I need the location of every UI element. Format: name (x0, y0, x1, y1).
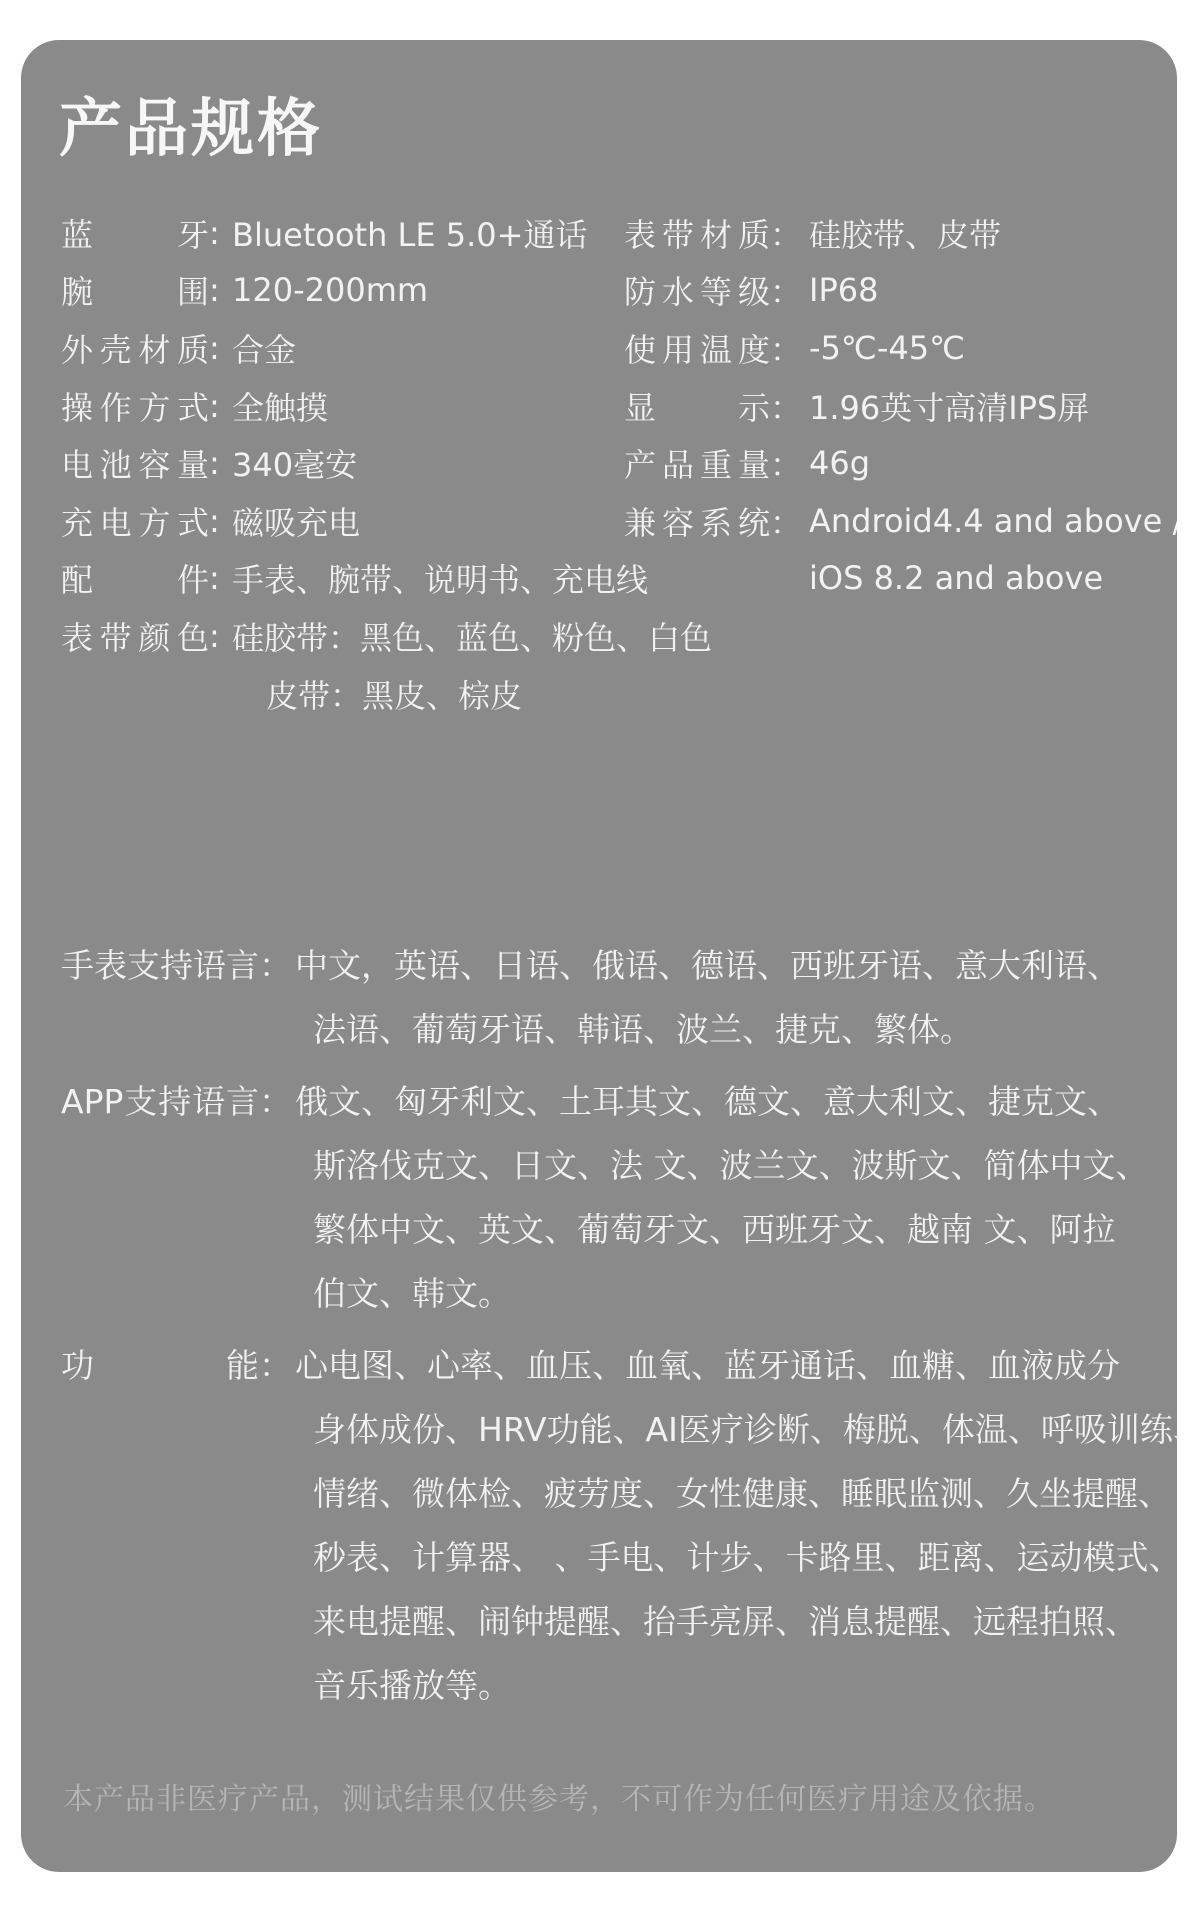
section-colon: ： (259, 1334, 295, 1718)
spec-label: 使用温度 (624, 325, 770, 371)
spec-colon: : (209, 271, 229, 309)
spec-colon: : (209, 214, 229, 252)
spec-row: iOS 8.2 and above (624, 550, 1159, 608)
spec-value: 全触摸 (232, 383, 328, 429)
spec-colon: : (209, 444, 229, 482)
spec-colon: ： (770, 440, 806, 486)
spec-row: 皮带：黑皮、棕皮 (61, 665, 624, 723)
spec-value: 1.96英寸高清IPS屏 (809, 383, 1089, 429)
section: 手表支持语言：中文，英语、日语、俄语、德语、西班牙语、意大利语、法语、葡萄牙语、… (61, 934, 1159, 1062)
spec-value: IP68 (809, 271, 878, 309)
spec-row: 表带颜色:硅胶带：黑色、蓝色、粉色、白色 (61, 607, 624, 665)
spec-row: 使用温度：-5℃-45℃ (624, 319, 1159, 377)
spec-colon: : (209, 617, 229, 655)
section-label: APP支持语言 (61, 1070, 259, 1326)
spec-row: 产品重量：46g (624, 434, 1159, 492)
spec-row: 电池容量:340毫安 (61, 434, 624, 492)
spec-colon: : (209, 502, 229, 540)
spec-colon: ： (770, 325, 806, 371)
section-label: 手表支持语言 (61, 934, 259, 1062)
spec-value: 硅胶带、皮带 (809, 210, 1001, 256)
section-line: 情绪、微体检、疲劳度、女性健康、睡眠监测、久坐提醒、 (295, 1462, 1159, 1526)
spec-column-right: 表带材质：硅胶带、皮带防水等级：IP68使用温度：-5℃-45℃显示：1.96英… (624, 204, 1159, 722)
section-line: 音乐播放等。 (295, 1654, 1159, 1718)
spec-value: 磁吸充电 (232, 498, 360, 544)
spec-colon: ： (770, 210, 806, 256)
spec-label: 表带材质 (624, 210, 770, 256)
spec-value: Android4.4 and above / (809, 502, 1177, 540)
section-lines: 俄文、匈牙利文、土耳其文、德文、意大利文、捷克文、斯洛伐克文、日文、法 文、波兰… (295, 1070, 1159, 1326)
spec-label: 电池容量 (61, 440, 209, 486)
section-colon: ： (259, 934, 295, 1062)
section-label: 功能 (61, 1334, 259, 1718)
spec-value: -5℃-45℃ (809, 329, 965, 367)
spec-label: 蓝牙 (61, 210, 209, 256)
section: APP支持语言：俄文、匈牙利文、土耳其文、德文、意大利文、捷克文、斯洛伐克文、日… (61, 1070, 1159, 1326)
disclaimer-text: 本产品非医疗产品，测试结果仅供参考，不可作为任何医疗用途及依据。 (63, 1774, 1055, 1818)
section-line: 繁体中文、英文、葡萄牙文、西班牙文、越南 文、阿拉 (295, 1198, 1159, 1262)
spec-row: 表带材质：硅胶带、皮带 (624, 204, 1159, 262)
section-line: 斯洛伐克文、日文、法 文、波兰文、波斯文、简体中文、 (295, 1134, 1159, 1198)
spec-label: 操作方式 (61, 383, 209, 429)
spec-label: 兼容系统 (624, 498, 770, 544)
page-title: 产品规格 (59, 92, 1159, 166)
spec-value: 340毫安 (232, 440, 357, 486)
spec-row: 外壳材质:合金 (61, 319, 624, 377)
spec-value: 120-200mm (232, 271, 428, 309)
spec-label: 腕围 (61, 267, 209, 313)
spec-label: 外壳材质 (61, 325, 209, 371)
section-line: 俄文、匈牙利文、土耳其文、德文、意大利文、捷克文、 (295, 1070, 1159, 1134)
spec-row: 蓝牙:Bluetooth LE 5.0+通话 (61, 204, 624, 262)
section-line: 来电提醒、闹钟提醒、抬手亮屏、消息提醒、远程拍照、 (295, 1590, 1159, 1654)
spec-colon: ： (770, 498, 806, 544)
spec-row: 配件:手表、腕带、说明书、充电线 (61, 550, 624, 608)
spec-label: 配件 (61, 555, 209, 601)
spec-colon: ： (770, 383, 806, 429)
spec-grid: 蓝牙:Bluetooth LE 5.0+通话腕围:120-200mm外壳材质:合… (61, 204, 1159, 722)
section-lines: 心电图、心率、血压、血氧、蓝牙通话、血糖、血液成分身体成份、HRV功能、AI医疗… (295, 1334, 1159, 1718)
section-line: 中文，英语、日语、俄语、德语、西班牙语、意大利语、 (295, 934, 1159, 998)
spec-label: 充电方式 (61, 498, 209, 544)
section-line: 伯文、韩文。 (295, 1262, 1159, 1326)
section-line: 秒表、计算器、 、手电、计步、卡路里、距离、运动模式、 (295, 1526, 1159, 1590)
spec-label: 表带颜色 (61, 613, 209, 659)
spec-row: 显示：1.96英寸高清IPS屏 (624, 377, 1159, 435)
spec-label: 显示 (624, 383, 770, 429)
spec-value: 46g (809, 444, 870, 482)
sections: 手表支持语言：中文，英语、日语、俄语、德语、西班牙语、意大利语、法语、葡萄牙语、… (61, 934, 1159, 1718)
spec-colon: ： (770, 267, 806, 313)
spec-row: 兼容系统：Android4.4 and above / (624, 492, 1159, 550)
spec-row: 腕围:120-200mm (61, 262, 624, 320)
section-line: 心电图、心率、血压、血氧、蓝牙通话、血糖、血液成分 (295, 1334, 1159, 1398)
spec-row: 操作方式:全触摸 (61, 377, 624, 435)
card-inner: 产品规格 蓝牙:Bluetooth LE 5.0+通话腕围:120-200mm外… (21, 40, 1177, 1718)
product-spec-card: 产品规格 蓝牙:Bluetooth LE 5.0+通话腕围:120-200mm外… (21, 40, 1177, 1872)
spec-value: 皮带：黑皮、棕皮 (266, 671, 522, 717)
spec-label: 防水等级 (624, 267, 770, 313)
section-lines: 中文，英语、日语、俄语、德语、西班牙语、意大利语、法语、葡萄牙语、韩语、波兰、捷… (295, 934, 1159, 1062)
section-colon: ： (259, 1070, 295, 1326)
spec-column-left: 蓝牙:Bluetooth LE 5.0+通话腕围:120-200mm外壳材质:合… (61, 204, 624, 722)
spec-colon: : (209, 559, 229, 597)
section-line: 法语、葡萄牙语、韩语、波兰、捷克、繁体。 (295, 998, 1159, 1062)
spec-value: 合金 (232, 325, 296, 371)
section-line: 身体成份、HRV功能、AI医疗诊断、梅脱、体温、呼吸训练、 (295, 1398, 1159, 1462)
section: 功能：心电图、心率、血压、血氧、蓝牙通话、血糖、血液成分身体成份、HRV功能、A… (61, 1334, 1159, 1718)
spec-row: 防水等级：IP68 (624, 262, 1159, 320)
spec-value: 手表、腕带、说明书、充电线 (232, 555, 648, 601)
spec-colon: : (209, 329, 229, 367)
spec-colon: : (209, 387, 229, 425)
spec-label: 产品重量 (624, 440, 770, 486)
spec-value: iOS 8.2 and above (809, 559, 1103, 597)
spec-value: Bluetooth LE 5.0+通话 (232, 210, 587, 256)
spec-row: 充电方式:磁吸充电 (61, 492, 624, 550)
